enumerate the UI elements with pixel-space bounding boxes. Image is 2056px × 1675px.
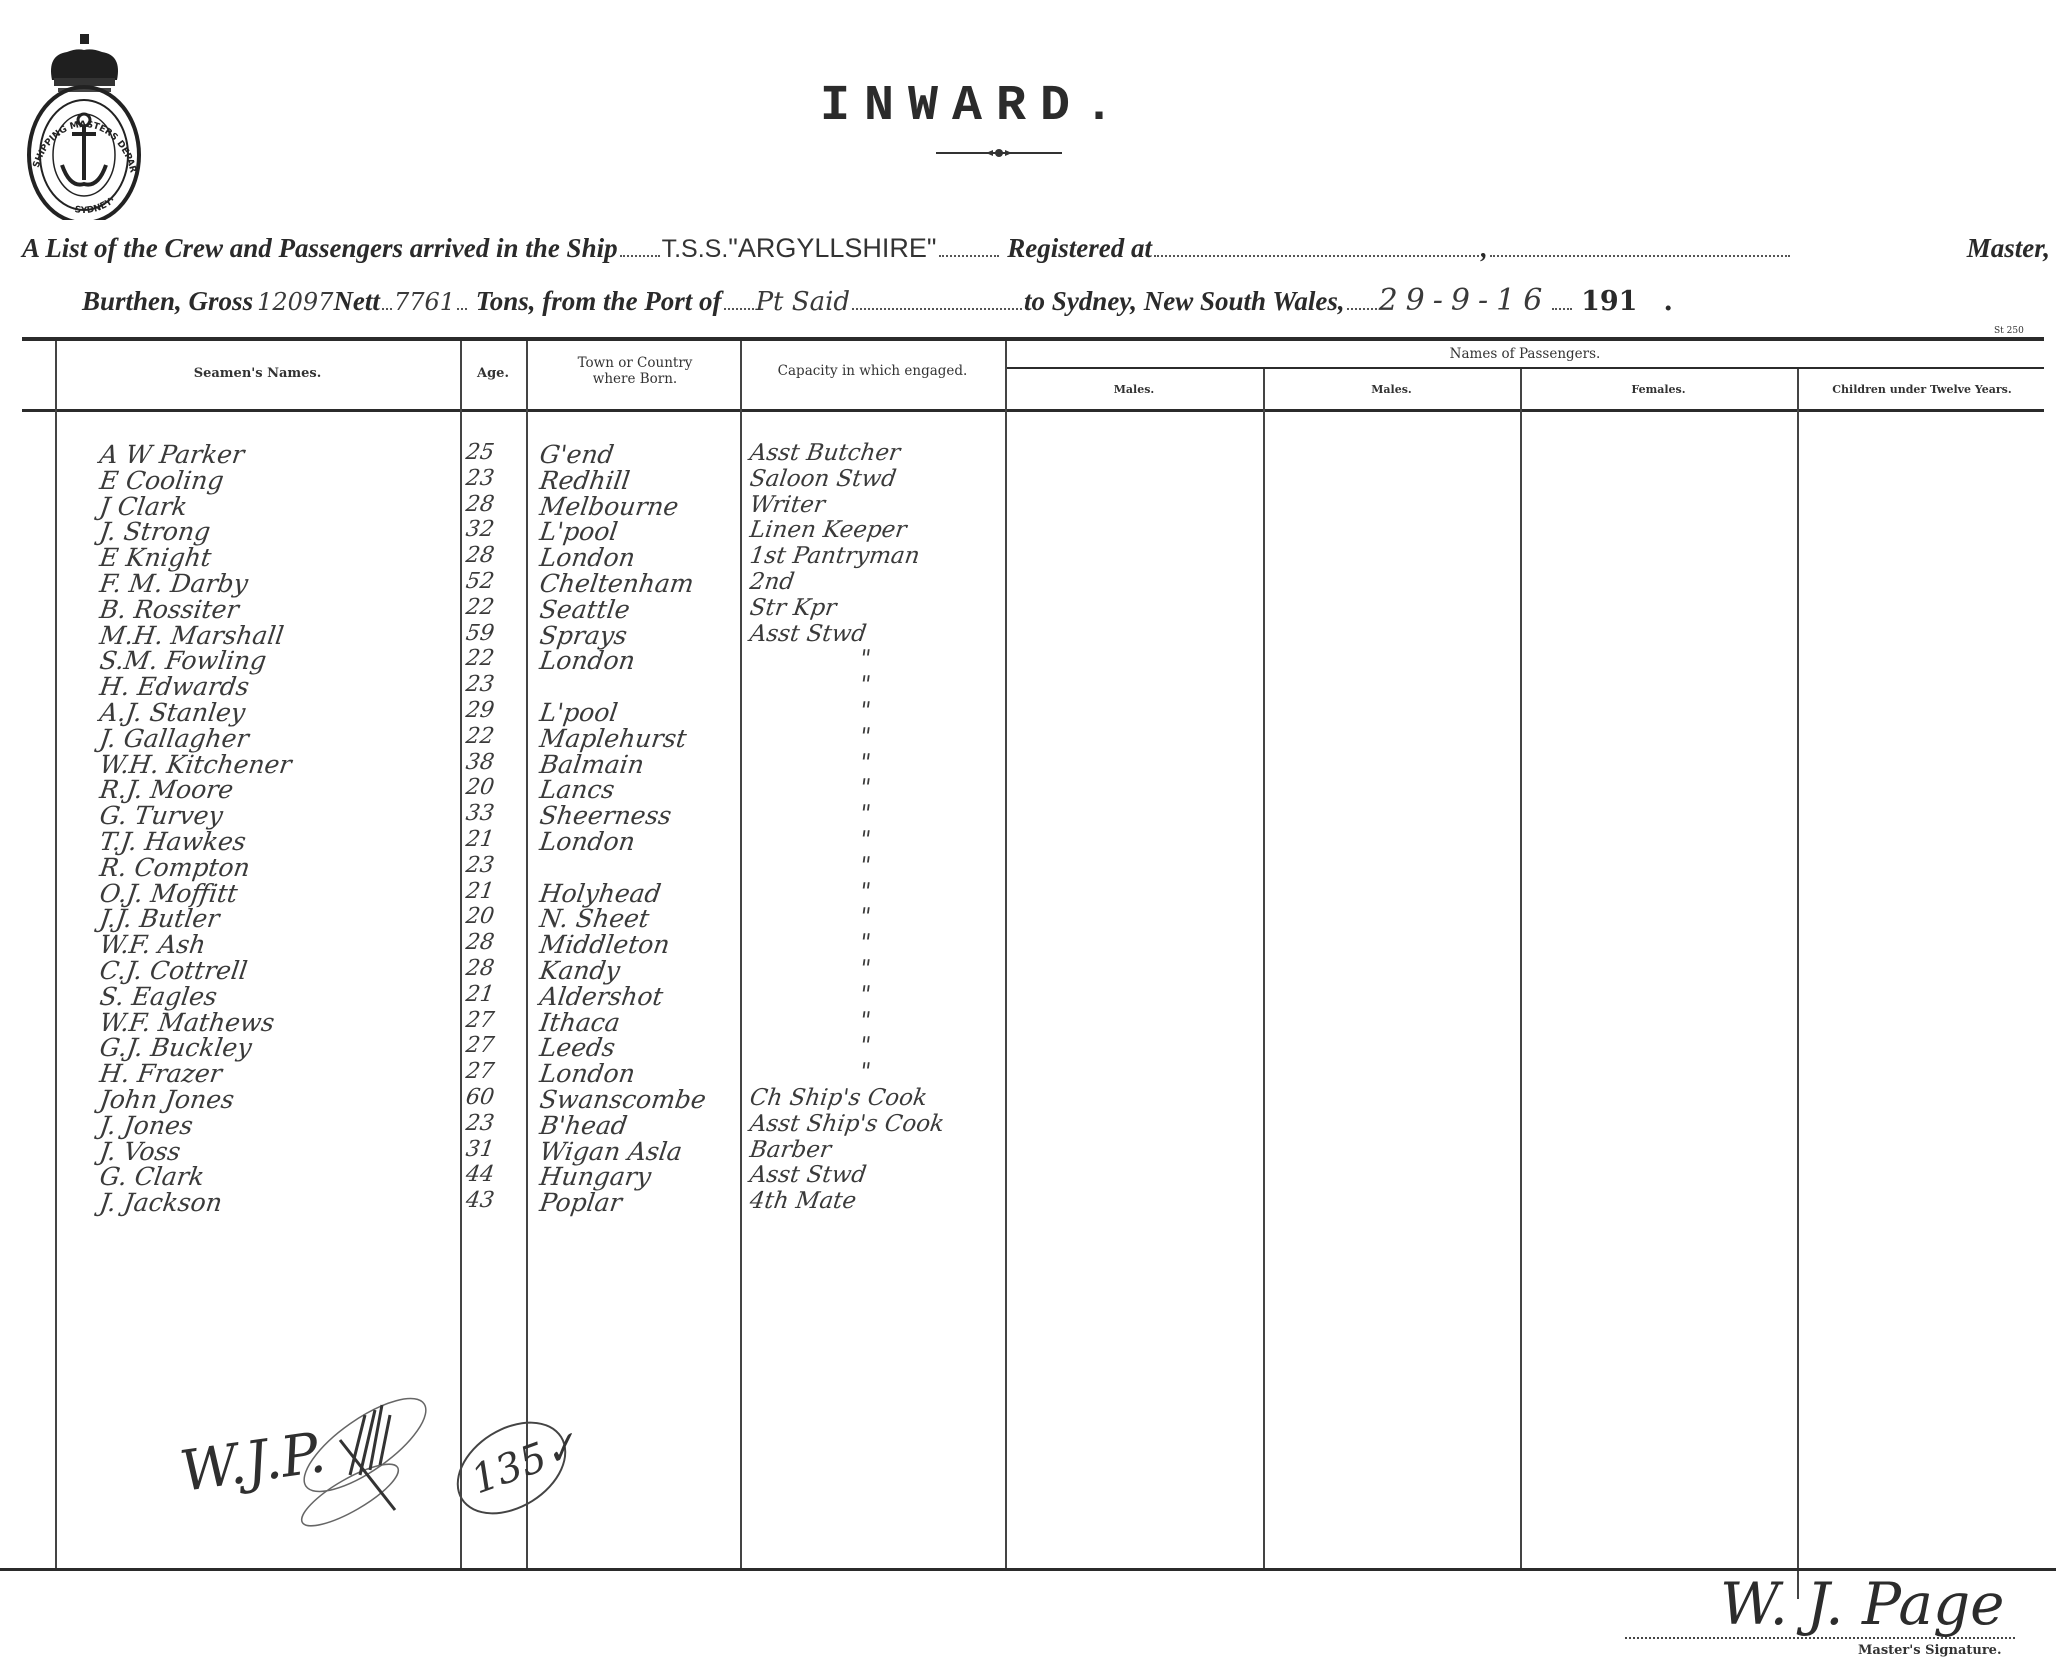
seaman-birthplace: Sheerness: [538, 801, 673, 830]
seaman-birthplace: London: [538, 827, 637, 856]
seaman-capacity: Asst Butcher: [748, 440, 902, 466]
seaman-capacity: ": [858, 930, 872, 956]
seaman-name: T.J. Hawkes: [98, 827, 248, 856]
seaman-age: 21: [464, 879, 496, 904]
column-header-capacity: Capacity in which engaged.: [740, 363, 1005, 379]
to-sydney-label: to Sydney, New South Wales,: [1024, 286, 1345, 316]
seaman-age: 31: [464, 1137, 496, 1162]
seaman-age: 27: [464, 1008, 496, 1033]
seaman-capacity: 4th Mate: [748, 1188, 858, 1214]
seaman-name: H. Frazer: [98, 1059, 224, 1088]
seaman-name: B. Rossiter: [98, 595, 241, 624]
seaman-age: 43: [464, 1188, 496, 1213]
seaman-name: J. Jones: [98, 1111, 195, 1140]
seaman-name: F. M. Darby: [98, 569, 250, 598]
seaman-age: 32: [464, 517, 496, 542]
seaman-birthplace: Swanscombe: [538, 1085, 708, 1114]
seaman-capacity: Barber: [748, 1137, 833, 1163]
ship-name: "ARGYLLSHIRE": [728, 233, 936, 263]
seaman-birthplace: London: [538, 1059, 637, 1088]
column-header-males-2: Males.: [1263, 382, 1520, 398]
seaman-name: S. Eagles: [98, 982, 219, 1011]
table-top-rule: [22, 337, 2044, 341]
seaman-age: 23: [464, 466, 496, 491]
seaman-age: 20: [464, 904, 496, 929]
seaman-capacity: ": [858, 956, 872, 982]
table-row: J. Jackson43Poplar4th Mate: [0, 1188, 2056, 1220]
arrival-date-value: 29-9-16: [1379, 283, 1551, 318]
seaman-name: W.F. Ash: [98, 930, 208, 959]
column-header-males: Males.: [1005, 382, 1263, 398]
seaman-birthplace: Seattle: [538, 595, 632, 624]
seaman-name: H. Edwards: [98, 672, 251, 701]
seaman-capacity: ": [858, 879, 872, 905]
column-header-age: Age.: [460, 366, 526, 382]
seaman-age: 21: [464, 982, 496, 1007]
seaman-capacity: 2nd: [748, 569, 796, 595]
seaman-capacity: ": [858, 1059, 872, 1085]
seaman-capacity: 1st Pantryman: [748, 543, 921, 569]
master-signature: W. J. Page: [1720, 1570, 2004, 1638]
seaman-capacity: ": [858, 698, 872, 724]
seaman-capacity: ": [858, 724, 872, 750]
header-line-ship: A List of the Crew and Passengers arrive…: [22, 233, 1792, 264]
seaman-capacity: ": [858, 1033, 872, 1059]
seaman-age: 27: [464, 1033, 496, 1058]
master-signature-label: Master's Signature.: [1858, 1643, 2001, 1658]
seaman-birthplace: B'head: [538, 1111, 629, 1140]
form-number: St 250: [1994, 326, 2024, 336]
passengers-subheader-rule: [1006, 367, 2044, 369]
tons-from-label: Tons, from the Port of: [476, 286, 722, 316]
seaman-birthplace: L'pool: [538, 698, 620, 727]
master-label: Master,: [1967, 233, 2050, 264]
seaman-name: E Knight: [98, 543, 213, 572]
ship-name-prefix: T.S.S.: [662, 235, 729, 263]
seaman-capacity: ": [858, 853, 872, 879]
seaman-age: 25: [464, 440, 496, 465]
seaman-capacity: Linen Keeper: [748, 517, 908, 543]
nett-label: Nett: [333, 286, 380, 316]
seaman-name: R. Compton: [98, 853, 252, 882]
seaman-capacity: Writer: [748, 492, 826, 518]
column-header-names-of-passengers: Names of Passengers.: [1005, 346, 2045, 362]
seaman-birthplace: Middleton: [538, 930, 672, 959]
column-header-females: Females.: [1520, 382, 1797, 398]
seaman-birthplace: Maplehurst: [538, 724, 688, 753]
signature-line: [1625, 1637, 2015, 1639]
seaman-age: 59: [464, 621, 496, 646]
seaman-name: John Jones: [98, 1085, 236, 1114]
seaman-capacity: Ch Ship's Cook: [748, 1085, 929, 1111]
seaman-capacity: ": [858, 750, 872, 776]
seaman-age: 60: [464, 1085, 496, 1110]
seaman-age: 33: [464, 801, 496, 826]
seaman-birthplace: Aldershot: [538, 982, 665, 1011]
seaman-age: 23: [464, 1111, 496, 1136]
gross-tons-value: 12097: [257, 288, 333, 316]
seaman-age: 28: [464, 930, 496, 955]
seaman-name: J. Jackson: [98, 1188, 224, 1217]
table-header-bottom-rule: [22, 409, 2044, 412]
seaman-capacity: ": [858, 775, 872, 801]
seaman-name: C.J. Cottrell: [98, 956, 249, 985]
seaman-name: E Cooling: [98, 466, 226, 495]
cancellation-stamp-icon: [290, 1395, 440, 1535]
column-header-town-born: Town or Country where Born.: [560, 355, 710, 387]
seaman-capacity: ": [858, 827, 872, 853]
seaman-age: 22: [464, 595, 496, 620]
seaman-birthplace: London: [538, 543, 637, 572]
seaman-birthplace: London: [538, 646, 637, 675]
seaman-name: A W Parker: [98, 440, 246, 469]
seaman-age: 21: [464, 827, 496, 852]
list-heading-label: A List of the Crew and Passengers arrive…: [22, 233, 618, 263]
seaman-age: 28: [464, 492, 496, 517]
header-line-burthen: Burthen, Gross12097Nett7761 Tons, from t…: [82, 283, 1673, 318]
seaman-age: 23: [464, 853, 496, 878]
seaman-age: 38: [464, 750, 496, 775]
seaman-age: 28: [464, 543, 496, 568]
seaman-age: 20: [464, 775, 496, 800]
seaman-birthplace: Poplar: [538, 1188, 624, 1217]
seaman-age: 52: [464, 569, 496, 594]
seaman-name: A.J. Stanley: [98, 698, 247, 727]
seaman-age: 28: [464, 956, 496, 981]
seaman-capacity: ": [858, 801, 872, 827]
seaman-age: 29: [464, 698, 496, 723]
title-flourish-divider: [936, 145, 1062, 161]
seaman-age: 22: [464, 724, 496, 749]
page-title: INWARD.: [820, 78, 1128, 135]
column-header-children: Children under Twelve Years.: [1797, 382, 2047, 398]
seaman-capacity: Str Kpr: [748, 595, 838, 621]
seaman-capacity: Asst Ship's Cook: [748, 1111, 946, 1137]
port-from-value: Pt Said: [756, 287, 850, 317]
nett-tons-value: 7761: [394, 288, 455, 316]
year-prefix: 191: [1581, 286, 1637, 317]
seaman-birthplace: Redhill: [538, 466, 632, 495]
seaman-capacity: ": [858, 646, 872, 672]
seaman-capacity: ": [858, 982, 872, 1008]
burthen-label: Burthen, Gross: [82, 286, 253, 316]
column-header-seamens-names: Seamen's Names.: [55, 366, 460, 382]
seaman-capacity: ": [858, 904, 872, 930]
seaman-name: J. Gallagher: [98, 724, 251, 753]
seaman-birthplace: Cheltenham: [538, 569, 696, 598]
shipping-masters-seal-icon: SHIPPING MASTERS DEPARTMENT ·SYDNEY·: [22, 30, 147, 220]
seaman-birthplace: Kandy: [538, 956, 622, 985]
seaman-capacity: ": [858, 672, 872, 698]
registered-label: Registered at: [1007, 233, 1152, 263]
seaman-age: 22: [464, 646, 496, 671]
seaman-age: 44: [464, 1162, 496, 1187]
seaman-age: 27: [464, 1059, 496, 1084]
seaman-birthplace: G'end: [538, 440, 616, 469]
seaman-name: G. Turvey: [98, 801, 225, 830]
seaman-capacity: Asst Stwd: [748, 1162, 868, 1188]
seaman-capacity: ": [858, 1008, 872, 1034]
seaman-capacity: Saloon Stwd: [748, 466, 898, 492]
seaman-age: 23: [464, 672, 496, 697]
seaman-capacity: Asst Stwd: [748, 621, 868, 647]
